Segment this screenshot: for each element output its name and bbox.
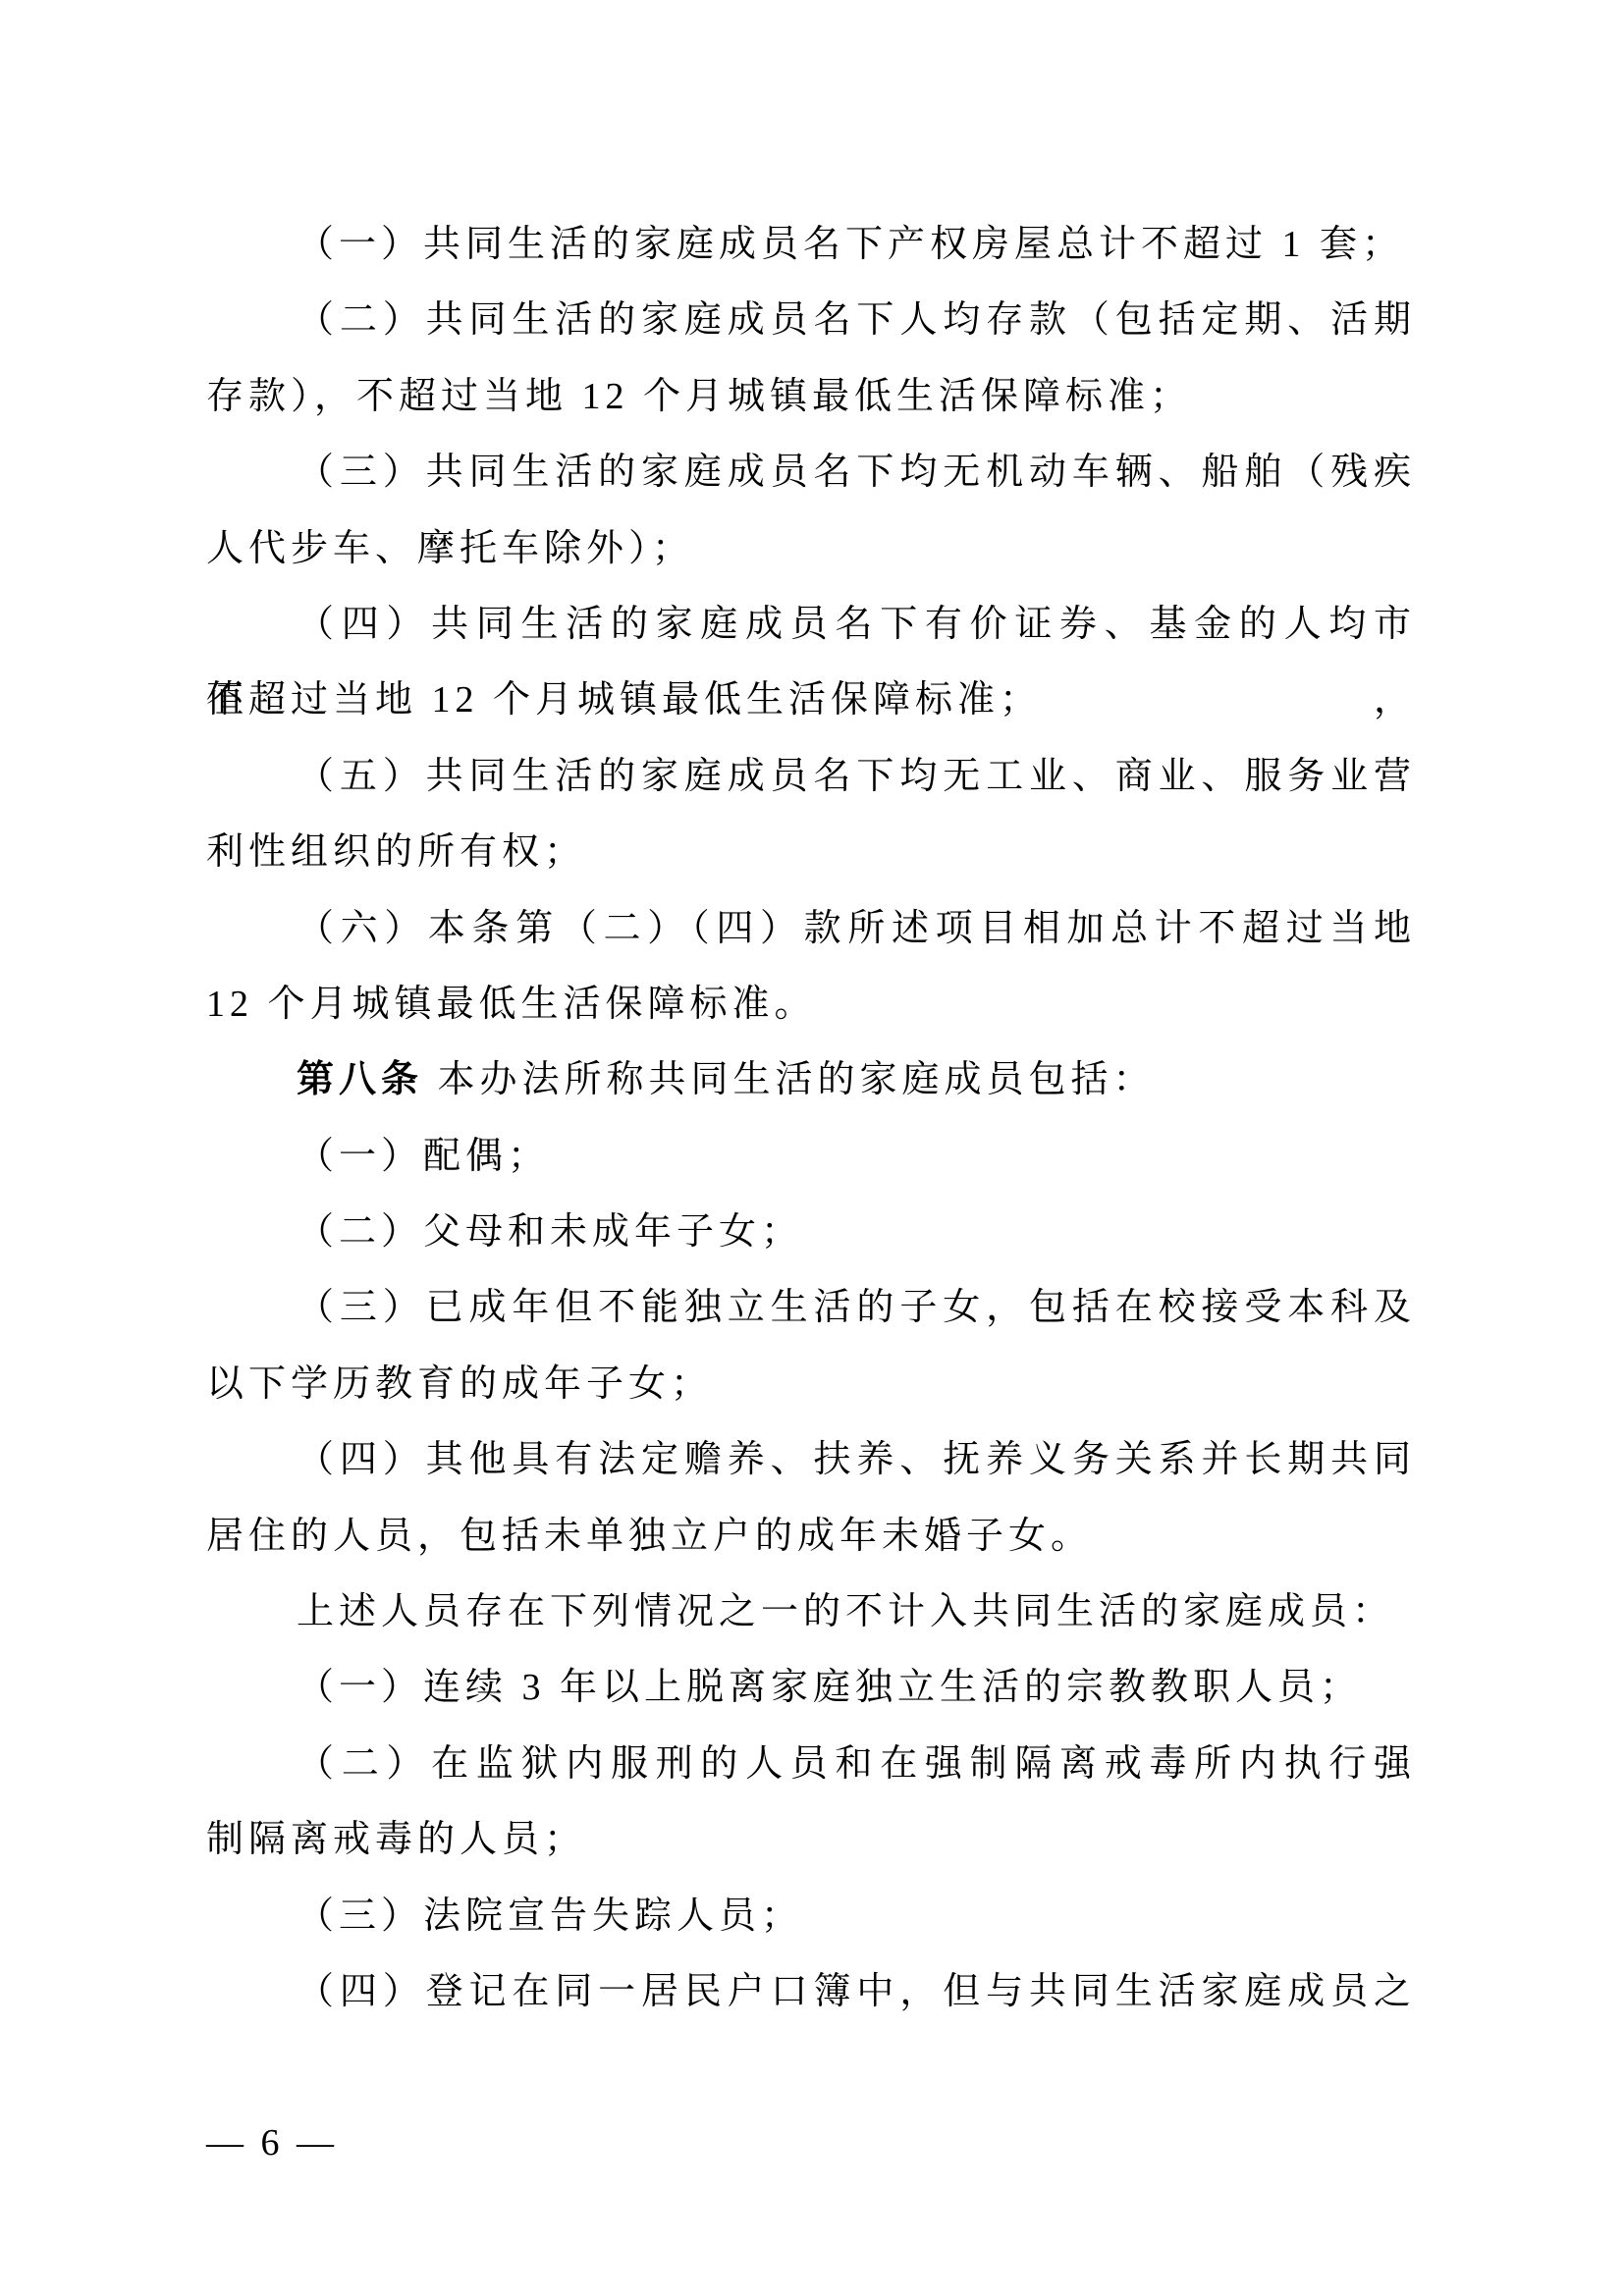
text-line: （三）已成年但不能独立生活的子女，包括在校接受本科及 [206, 1270, 1416, 1346]
text-line: 人代步车、摩托车除外）； [206, 511, 1416, 587]
text-line: （一）共同生活的家庭成员名下产权房屋总计不超过 1 套； [206, 207, 1416, 283]
text-line: （二）父母和未成年子女； [206, 1195, 1416, 1270]
text-line: （一）连续 3 年以上脱离家庭独立生活的宗教教职人员； [206, 1650, 1416, 1726]
text-line: 利性组织的所有权； [206, 815, 1416, 890]
text-line: （四）共同生活的家庭成员名下有价证券、基金的人均市值， [206, 587, 1416, 663]
text-line: 12 个月城镇最低生活保障标准。 [206, 967, 1416, 1042]
text-line: 居住的人员，包括未单独立户的成年未婚子女。 [206, 1499, 1416, 1575]
article-number-bold: 第八条 [297, 1059, 423, 1100]
text-line: 存款），不超过当地 12 个月城镇最低生活保障标准； [206, 359, 1416, 435]
text-line: 上述人员存在下列情况之一的不计入共同生活的家庭成员： [206, 1575, 1416, 1650]
text-line: 第八条 本办法所称共同生活的家庭成员包括： [206, 1042, 1416, 1118]
text-line: （三）法院宣告失踪人员； [206, 1879, 1416, 1954]
page-number: — 6 — [206, 2123, 338, 2163]
text-line: 以下学历教育的成年子女； [206, 1347, 1416, 1422]
document-page: （一）共同生活的家庭成员名下产权房屋总计不超过 1 套；（二）共同生活的家庭成员… [0, 0, 1624, 2296]
text-line: 制隔离戒毒的人员； [206, 1802, 1416, 1878]
text-line: （二）在监狱内服刑的人员和在强制隔离戒毒所内执行强 [206, 1727, 1416, 1802]
text-line: （五）共同生活的家庭成员名下均无工业、商业、服务业营 [206, 739, 1416, 815]
text-line: （三）共同生活的家庭成员名下均无机动车辆、船舶（残疾 [206, 435, 1416, 510]
text-line: （二）共同生活的家庭成员名下人均存款（包括定期、活期 [206, 283, 1416, 358]
text-line: （一）配偶； [206, 1119, 1416, 1195]
text-line: （六）本条第（二）（四）款所述项目相加总计不超过当地 [206, 891, 1416, 967]
document-body: （一）共同生活的家庭成员名下产权房屋总计不超过 1 套；（二）共同生活的家庭成员… [206, 207, 1416, 2030]
text-line: （四）登记在同一居民户口簿中，但与共同生活家庭成员之 [206, 1954, 1416, 2030]
text-line: （四）其他具有法定赡养、扶养、抚养义务关系并长期共同 [206, 1422, 1416, 1498]
